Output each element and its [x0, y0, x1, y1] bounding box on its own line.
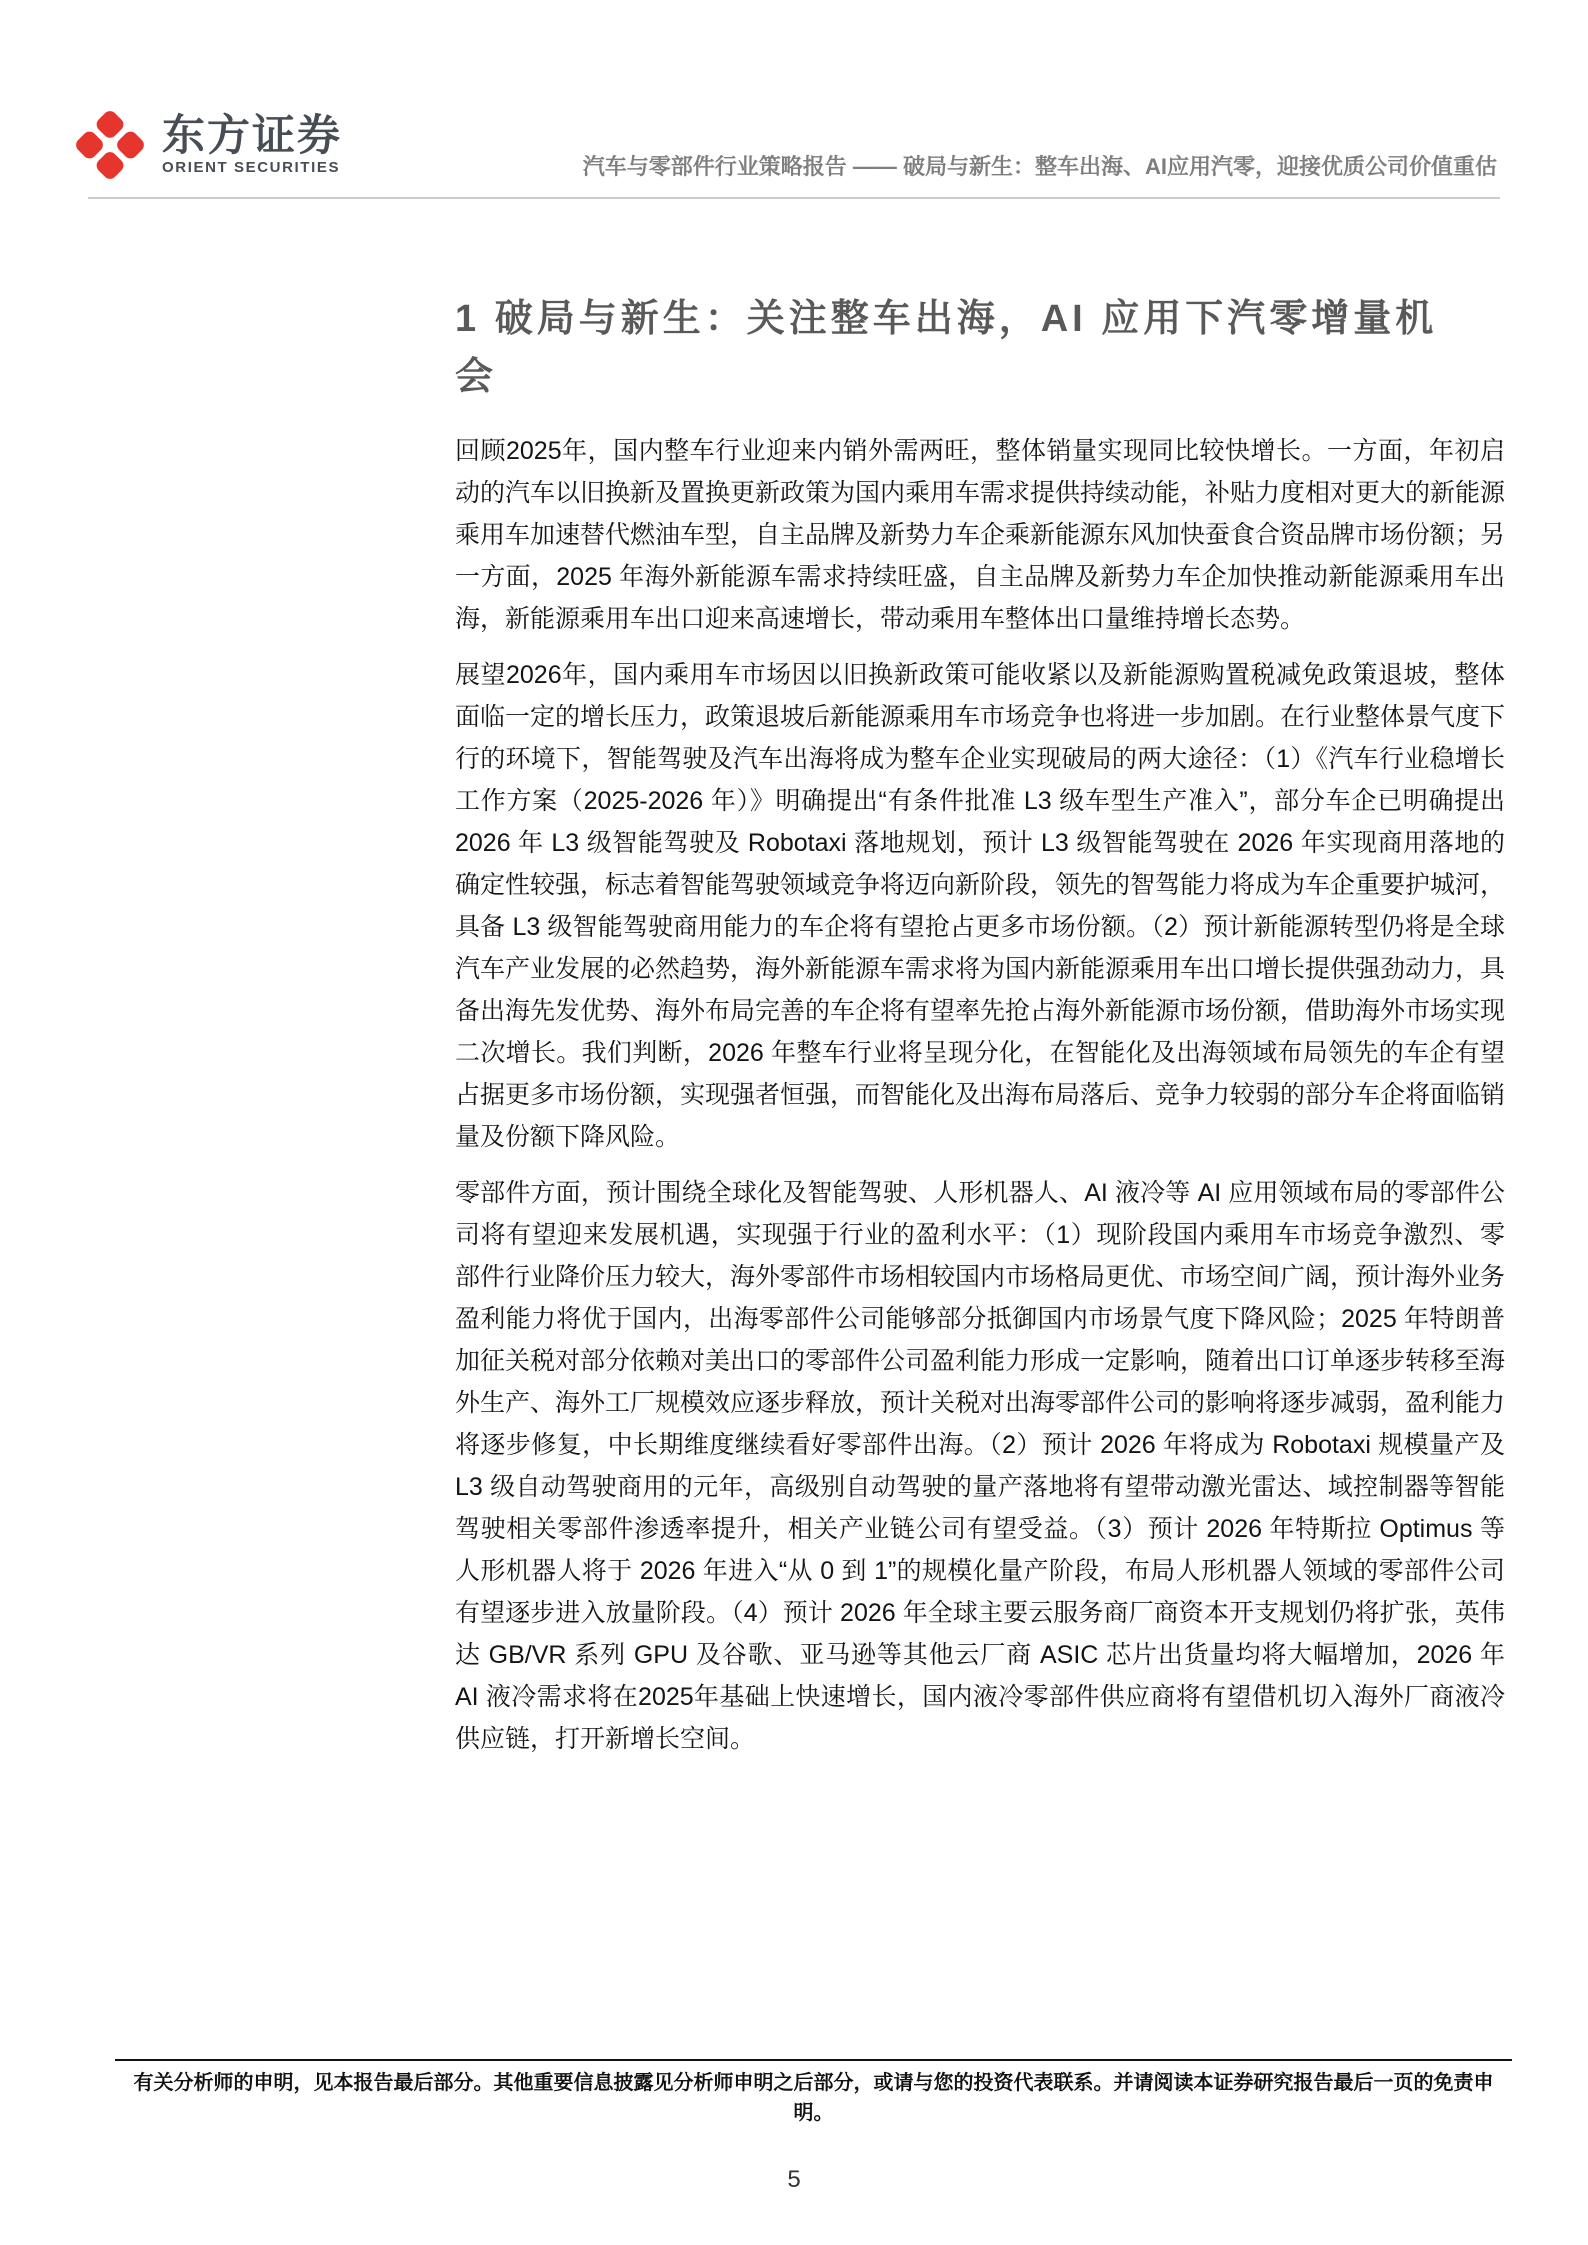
diamond-petal: [114, 129, 147, 162]
report-page: 东方证券 ORIENT SECURITIES 汽车与零部件行业策略报告 —— 破…: [0, 0, 1588, 2245]
diamond-petal: [94, 149, 127, 182]
report-body: 1 破局与新生：关注整车出海，AI 应用下汽零增量机会 回顾2025年，国内整车…: [455, 290, 1505, 1774]
logo-text-block: 东方证券 ORIENT SECURITIES: [162, 113, 342, 177]
paragraph-1: 回顾2025年，国内整车行业迎来内销外需两旺，整体销量实现同比较快增长。一方面，…: [455, 430, 1505, 640]
paragraph-2: 展望2026年，国内乘用车市场因以旧换新政策可能收紧以及新能源购置税减免政策退坡…: [455, 654, 1505, 1158]
diamond-grid: [73, 108, 147, 182]
header-divider-line: [88, 197, 1500, 199]
page-number: 5: [0, 2166, 1588, 2194]
paragraph-3: 零部件方面，预计围绕全球化及智能驾驶、人形机器人、AI 液冷等 AI 应用领域布…: [455, 1172, 1505, 1760]
footer-divider-line: [115, 2059, 1512, 2061]
logo-name-cn: 东方证券: [162, 113, 342, 159]
header-report-label: 汽车与零部件行业策略报告 —— 破局与新生：整车出海、AI应用汽零，迎接优质公司…: [583, 150, 1497, 181]
section-title: 1 破局与新生：关注整车出海，AI 应用下汽零增量机会: [455, 290, 1455, 406]
footer-disclaimer: 有关分析师的申明，见本报告最后部分。其他重要信息披露见分析师申明之后部分，或请与…: [115, 2068, 1512, 2128]
logo-name-en: ORIENT SECURITIES: [162, 159, 342, 177]
orient-securities-logo: 东方证券 ORIENT SECURITIES: [73, 108, 342, 182]
orient-diamond-logo-icon: [73, 108, 147, 182]
